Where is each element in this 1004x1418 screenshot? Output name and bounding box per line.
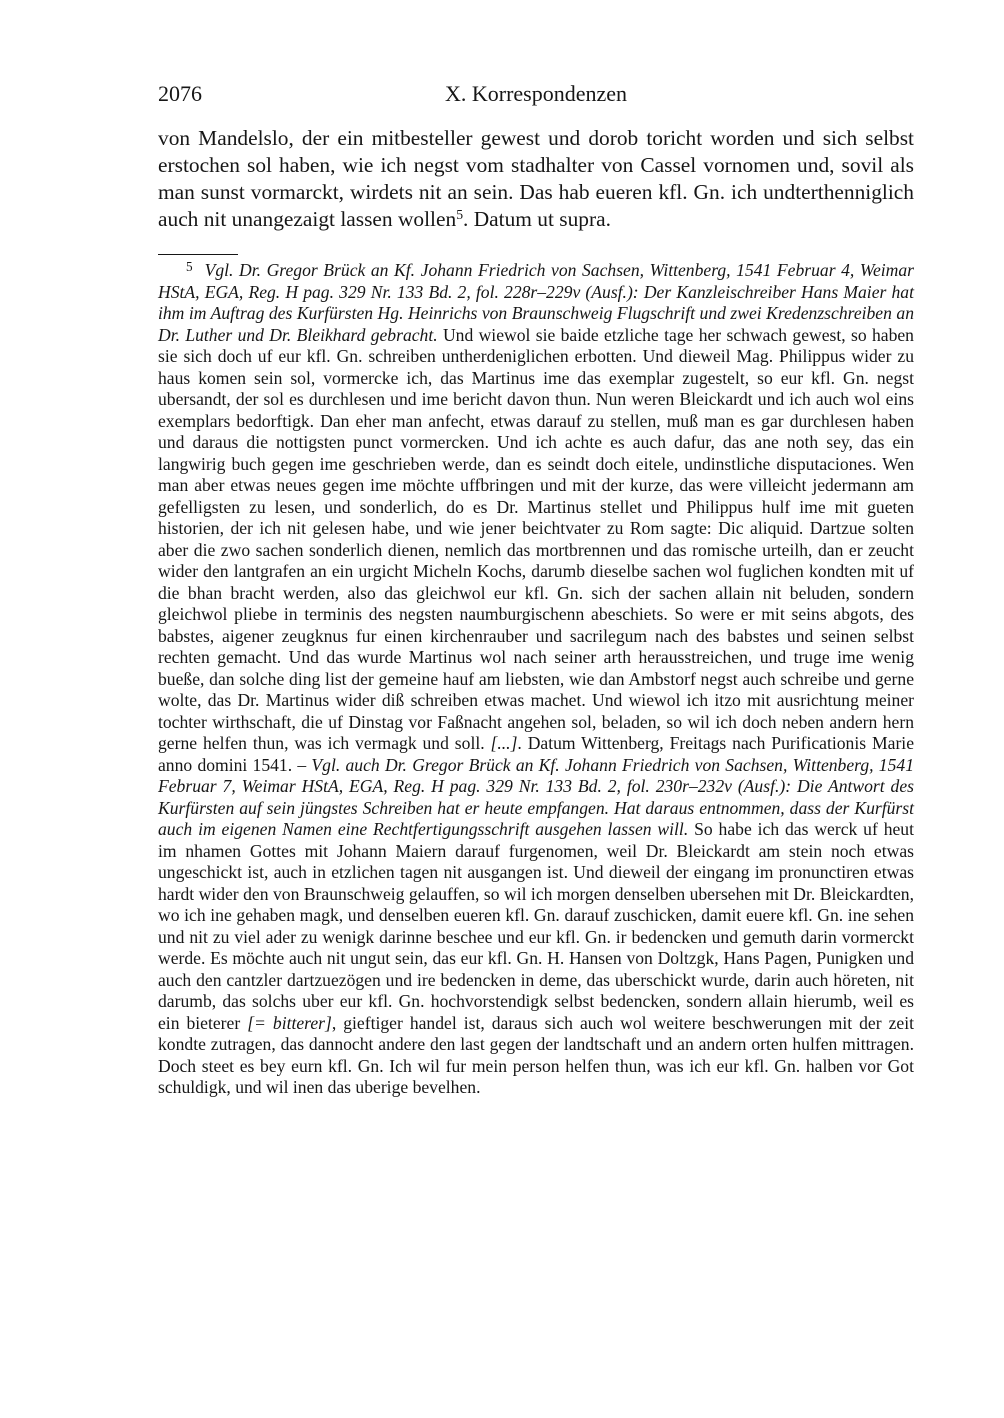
footnote-marker: 5 xyxy=(186,259,193,274)
footnote-separator xyxy=(158,254,238,255)
footnote-text: Vgl. Dr. Gregor Brück an Kf. Johann Frie… xyxy=(158,260,914,1097)
book-page: 2076 X. Korrespondenzen von Mandelslo, d… xyxy=(0,0,1004,1418)
footnote: 5Vgl. Dr. Gregor Brück an Kf. Johann Fri… xyxy=(158,260,914,1099)
text-column: 2076 X. Korrespondenzen von Mandelslo, d… xyxy=(158,80,914,1116)
main-paragraph: von Mandelslo, der ein mitbesteller gewe… xyxy=(158,125,914,233)
footnote-reference: 5 xyxy=(456,207,463,222)
section-header: X. Korrespondenzen xyxy=(158,80,914,108)
running-head: 2076 X. Korrespondenzen xyxy=(158,80,914,110)
main-paragraph-text-end: . Datum ut supra. xyxy=(463,207,611,231)
